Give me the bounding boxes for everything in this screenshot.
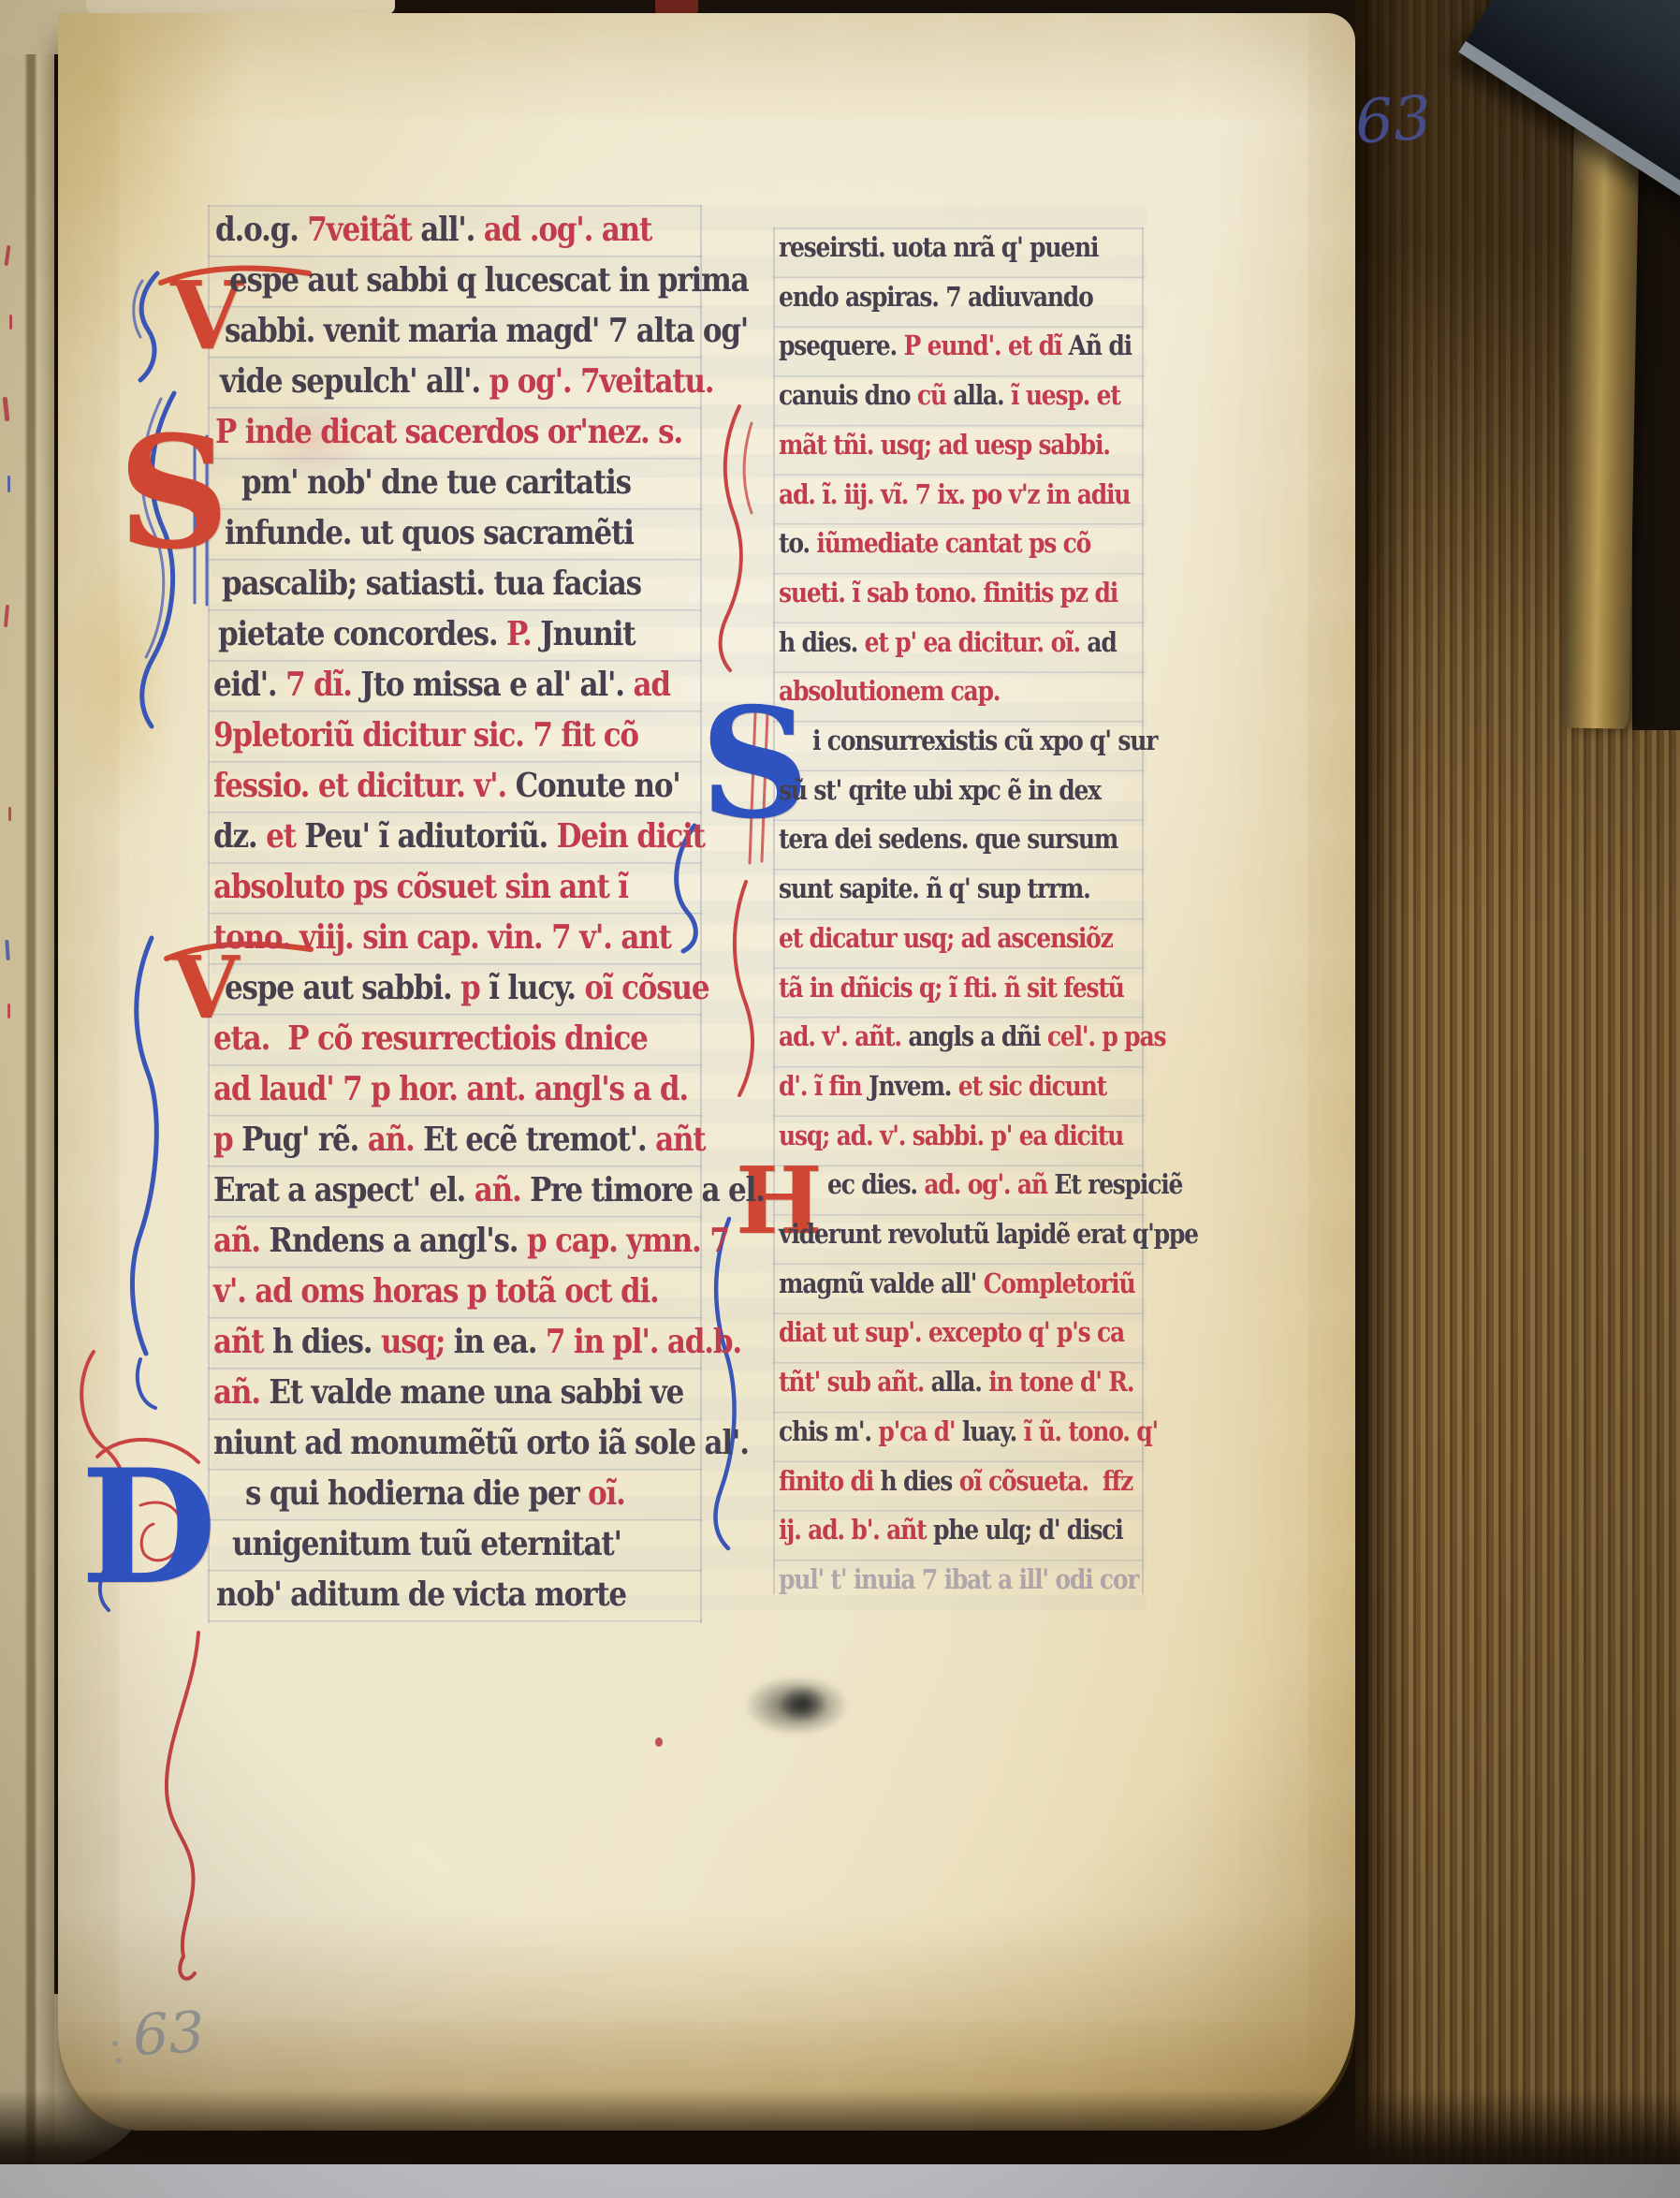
text-line: sunt sapite. ñ q' sup trrm. <box>779 873 1090 905</box>
ruling-vertical <box>1142 227 1144 1594</box>
text-line: añ. Rndens a angl's. p cap. ymn. 7 <box>213 1222 729 1261</box>
text-line: d.o.g. 7veitãt all'. ad .og'. ant <box>213 211 651 250</box>
edge-ink-mark <box>9 315 12 330</box>
text-line: P inde dicat sacerdos or'nez. s. <box>213 413 682 452</box>
text-line: tera dei sedens. que sursum <box>779 824 1118 856</box>
text-line: pascalib; satiasti. tua facias <box>213 564 641 604</box>
ruling-vertical <box>700 205 702 1623</box>
text-line: añ. Et valde mane una sabbi ve <box>213 1373 683 1413</box>
text-line: sabbi. venit maria magd' 7 alta og' <box>213 312 748 351</box>
edge-ink-mark <box>7 1004 10 1018</box>
text-line: 9pletoriũ dicitur sic. 7 fit cõ <box>213 716 638 755</box>
text-line: h dies. et p' ea dicitur. oĩ. ad <box>779 627 1117 659</box>
clasp-slot <box>1632 131 1680 730</box>
text-line: usq; ad. v'. sabbi. p' ea dicitu <box>779 1121 1123 1152</box>
text-line: pietate concordes. P. Jnunit <box>213 615 635 654</box>
text-line: infunde. ut quos sacramẽti <box>213 514 634 553</box>
text-line: ec dies. ad. og'. añ Et respiciẽ <box>779 1169 1182 1201</box>
text-line: to. iũmediate cantat ps cõ <box>779 528 1090 560</box>
text-line: mãt tñi. usq; ad uesp sabbi. <box>779 430 1110 462</box>
text-line: fessio. et dicitur. v'. Conute no' <box>213 767 680 806</box>
text-line: ad laud' 7 p hor. ant. angl's a d. <box>213 1070 688 1109</box>
text-line: chis m'. p'ca d' luay. ĩ ũ. tono. q' <box>779 1416 1158 1448</box>
edge-ink-mark <box>8 807 11 821</box>
text-line: viderunt revolutũ lapidẽ erat q'ppe <box>779 1219 1198 1251</box>
text-line: espe aut sabbi q lucescat in prima <box>213 261 748 300</box>
text-line: i consurrexistis cũ xpo q' sur <box>779 725 1157 757</box>
text-line: reseirsti. uota nrã q' pueni <box>779 232 1098 264</box>
text-line: dz. et Peu' ĩ adiutoriũ. Dein dicit <box>213 817 705 857</box>
ruling-vertical <box>773 227 775 1594</box>
text-line: v'. ad oms horas p totã oct di. <box>213 1272 659 1311</box>
text-line: nob' aditum de victa morte <box>213 1575 626 1615</box>
ruling-vertical <box>208 205 210 1623</box>
text-line: ad. v'. añt. angls a dñi cel'. p pas <box>779 1021 1165 1053</box>
text-line: ij. ad. b'. añt phe ulq; d' disci <box>779 1515 1123 1546</box>
red-ink-dot <box>655 1737 663 1747</box>
text-line: ad. ĩ. iij. vĩ. 7 ix. po v'z in adiu <box>779 479 1130 511</box>
edge-ink-mark <box>7 476 10 492</box>
text-line: espe aut sabbi. p ĩ lucy. oĩ cõsue <box>213 969 709 1008</box>
text-line: sueti. ĩ sab tono. finitis pz di <box>779 578 1118 609</box>
text-line: diat ut sup'. excepto q' p's ca <box>779 1317 1124 1349</box>
left-page-edges <box>0 0 54 2164</box>
folio-number-pencil: 63 <box>131 2000 206 2069</box>
text-line: absoluto ps cõsuet sin ant ĩ <box>213 868 628 907</box>
text-line: endo aspiras. 7 adiuvando <box>779 282 1093 314</box>
ink-smudge <box>779 1685 827 1722</box>
manuscript-photo: VSVDSH d.o.g. 7veitãt all'. ad .og'. ant… <box>0 0 1680 2198</box>
text-line: finito di h dies oĩ cõsueta. ffz <box>779 1466 1132 1498</box>
text-line: eta. P cõ resurrectiois dnice <box>213 1019 648 1059</box>
text-line: canuis dno cũ alla. ĩ uesp. et <box>779 380 1120 412</box>
folio-number-top: 63 <box>1353 83 1434 158</box>
text-line: d'. ĩ fin Jnvem. et sic dicunt <box>779 1071 1106 1103</box>
text-line: tono. viij. sin cap. vin. 7 v'. ant <box>213 918 671 958</box>
text-line: magnũ valde all' Completoriũ <box>779 1268 1134 1300</box>
text-line: pm' nob' dne tue caritatis <box>213 463 631 503</box>
text-line: p Pug' rẽ. añ. Et ecẽ tremot'. añt <box>213 1121 705 1160</box>
text-line: pul' t' inuia 7 ibat a ill' odi cor <box>779 1564 1138 1596</box>
text-line: absolutionem cap. <box>779 676 1000 708</box>
text-line: Erat a aspect' el. añ. Pre timore a el. <box>213 1171 765 1210</box>
text-line: eid'. 7 dĩ. Jto missa e al' al'. ad <box>213 666 670 705</box>
page-bottom-shadow <box>0 2089 1680 2176</box>
text-line: sũ st' qrite ubi xpc ẽ in dex <box>779 775 1101 807</box>
text-line: niunt ad monumẽtũ orto iã sole al'. <box>213 1424 749 1463</box>
pencil-dots <box>112 2041 118 2046</box>
text-line: añt h dies. usq; in ea. 7 in pl'. ad.b. <box>213 1323 741 1362</box>
text-line: vide sepulch' all'. p og'. 7veitatu. <box>213 362 713 402</box>
text-line: s qui hodierna die per oĩ. <box>213 1474 625 1514</box>
text-line: unigenitum tuũ eternitat' <box>213 1525 621 1564</box>
text-line: et dicatur usq; ad ascensiõz <box>779 923 1113 955</box>
table-surface <box>0 2164 1680 2198</box>
text-line: tñt' sub añt. alla. in tone d' R. <box>779 1367 1133 1399</box>
text-line: tã in dñicis q; ĩ fti. ñ sit festũ <box>779 973 1124 1004</box>
text-line: psequere. P eund'. et dĩ Añ di <box>779 330 1132 362</box>
page-edge-fragment <box>86 0 395 14</box>
brass-fitting <box>1563 119 1639 728</box>
